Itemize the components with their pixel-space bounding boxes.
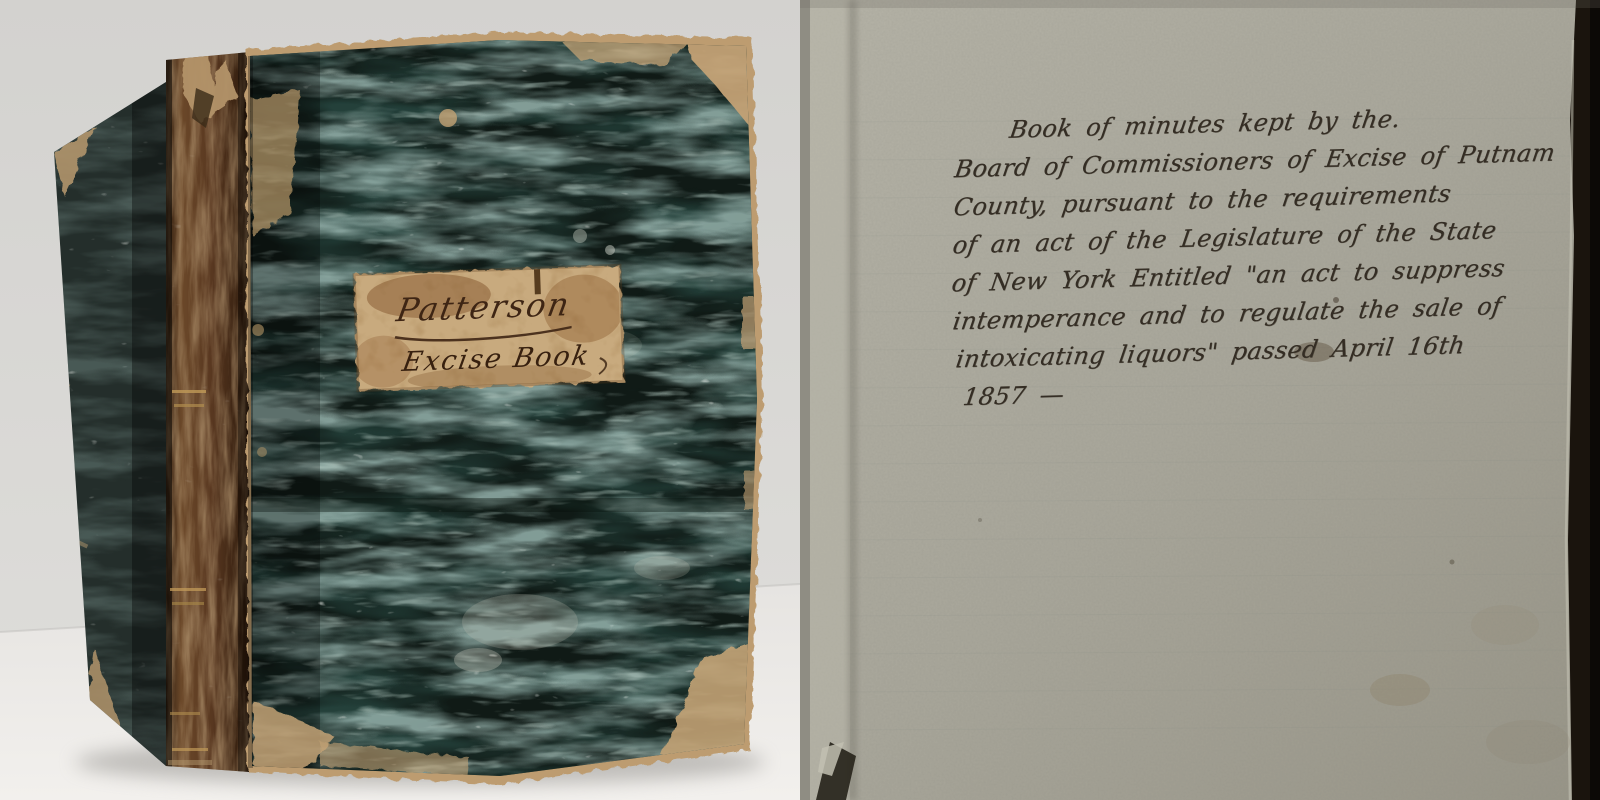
book-spine (166, 44, 250, 772)
book-cover-art: Patterson Excise Book (0, 0, 800, 800)
handwritten-text-block: Book of minutes kept by the. Board of Co… (946, 96, 1559, 417)
photo-pair: Patterson Excise Book (0, 0, 1600, 800)
label-town-name: Patterson (393, 285, 574, 329)
book-label: Patterson Excise Book (350, 265, 626, 394)
book-cover-photo: Patterson Excise Book (0, 0, 800, 800)
page-gutter-fold (800, 0, 857, 800)
manuscript-page-photo: Book of minutes kept by the. Board of Co… (800, 0, 1600, 800)
book-front-cover: Patterson Excise Book (240, 30, 770, 790)
